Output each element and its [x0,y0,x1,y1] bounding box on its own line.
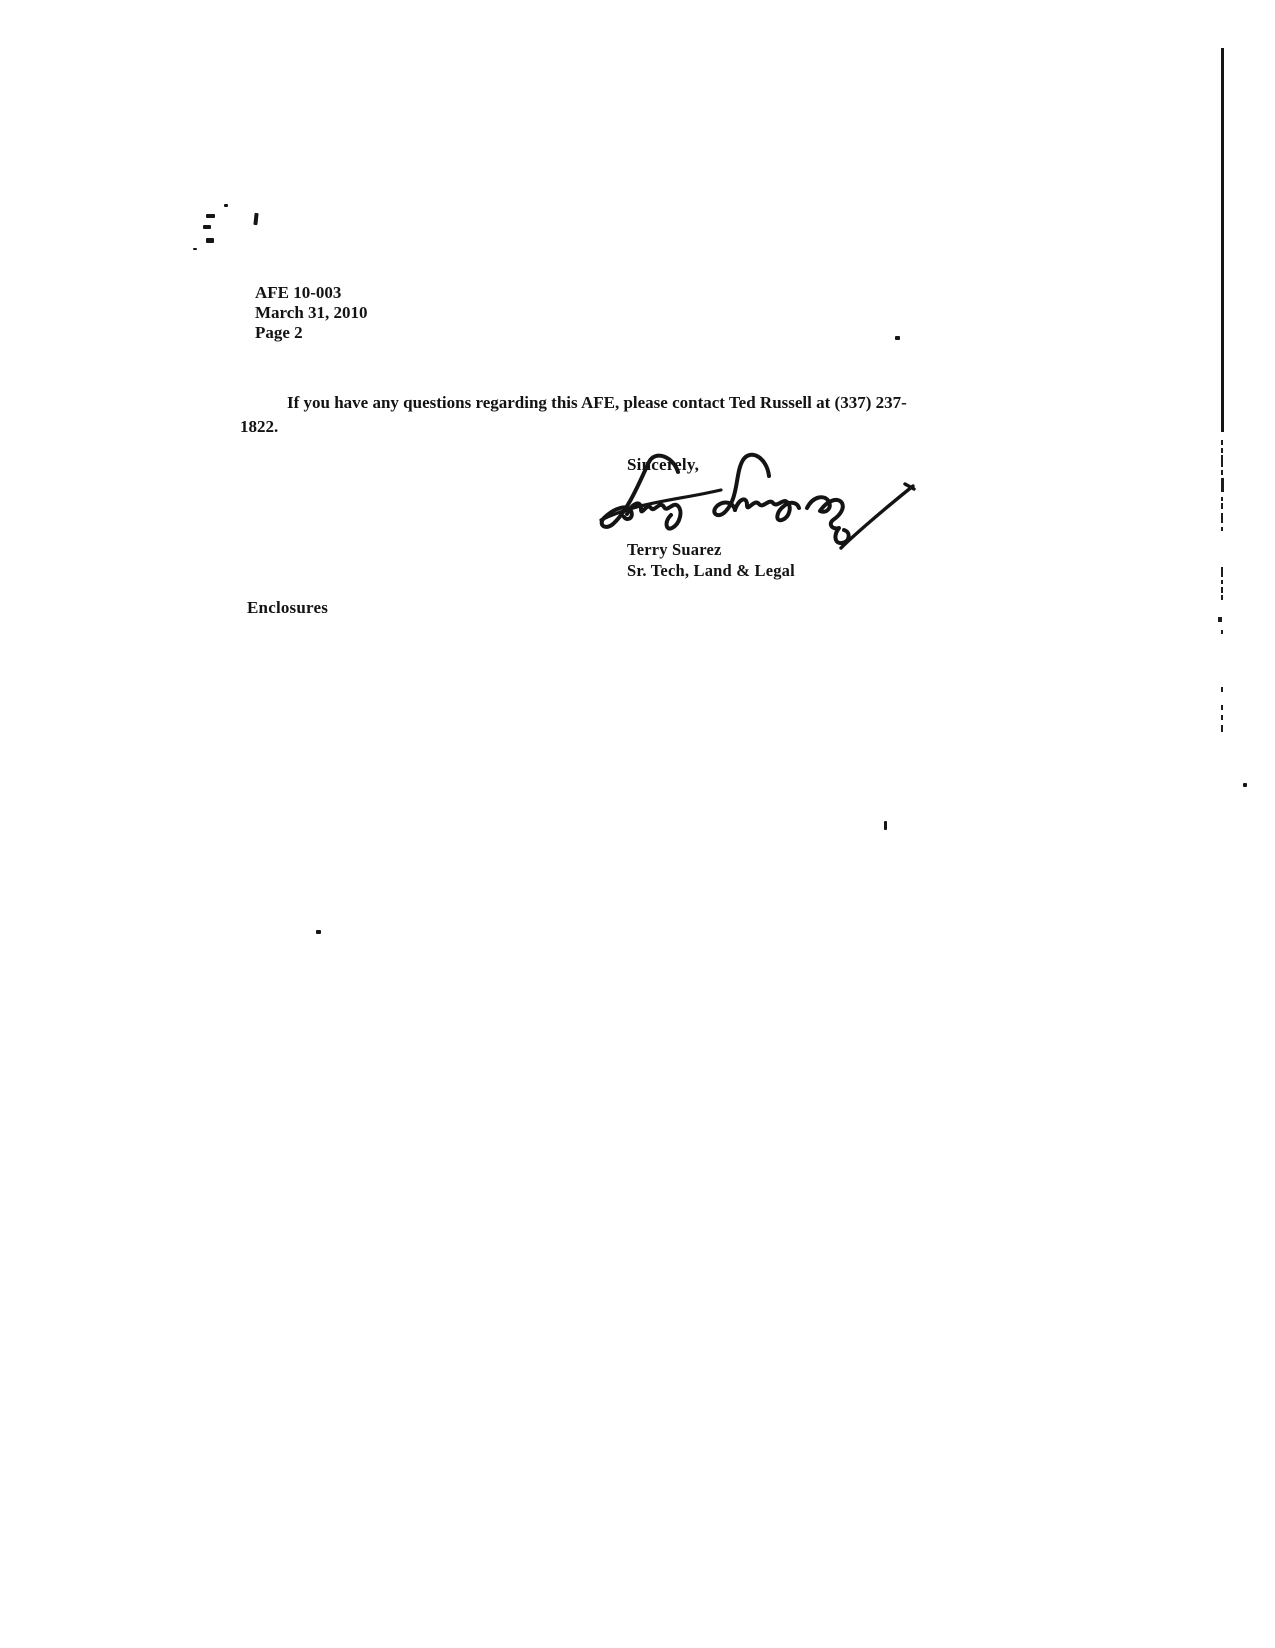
letter-date: March 31, 2010 [255,303,368,323]
scan-speck [193,248,197,250]
body-line-2: 1822. [240,417,278,436]
scan-line-vertical [1221,48,1224,432]
scan-speck [1243,783,1247,787]
scan-speck [203,225,211,229]
scanned-letter-page: AFE 10-003 March 31, 2010 Page 2 If you … [0,0,1275,1648]
scan-speck [253,213,258,225]
letter-header: AFE 10-003 March 31, 2010 Page 2 [255,283,368,343]
signer-title: Sr. Tech, Land & Legal [627,561,795,581]
afe-number: AFE 10-003 [255,283,368,303]
scan-speck [224,204,228,207]
enclosures-note: Enclosures [247,598,328,618]
body-paragraph: If you have any questions regarding this… [240,391,965,439]
scan-speck [895,336,900,340]
scan-speck [206,214,215,218]
page-number: Page 2 [255,323,368,343]
scan-speck [206,238,214,243]
body-line-1: If you have any questions regarding this… [287,393,907,412]
scan-speck [316,930,321,934]
signer-name: Terry Suarez [627,540,722,560]
scan-speck [884,821,887,830]
